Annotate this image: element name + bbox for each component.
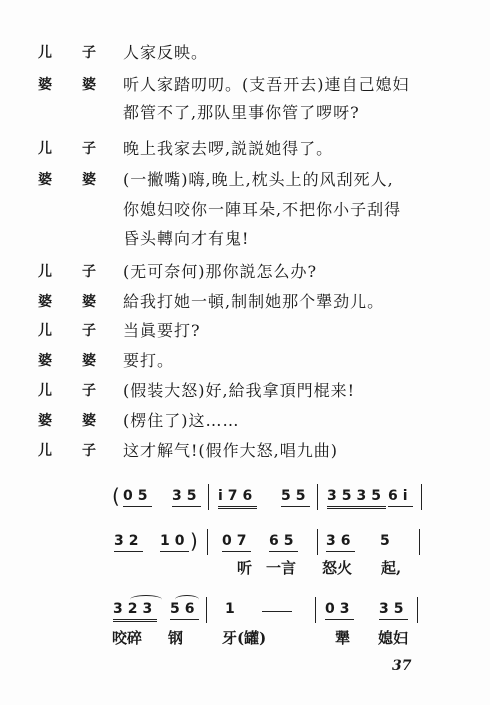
lyric: 牙(罐) bbox=[222, 627, 266, 648]
lyric: 一言 bbox=[266, 557, 296, 578]
speaker-char: 婆 bbox=[38, 348, 52, 374]
speaker-char: 儿 bbox=[38, 40, 52, 66]
note-group: 03 bbox=[325, 601, 354, 620]
speaker-char: 婆 bbox=[38, 289, 52, 315]
note-group: 1 bbox=[225, 601, 240, 617]
bar-line bbox=[417, 597, 418, 623]
bar-line bbox=[207, 529, 208, 555]
speaker-char: 子 bbox=[82, 40, 96, 66]
speaker-char: 儿 bbox=[38, 318, 52, 344]
lyric: 听 bbox=[237, 557, 252, 578]
speaker-char: 婆 bbox=[38, 408, 52, 434]
note-group: 05 bbox=[123, 488, 152, 507]
speaker-char: 婆 bbox=[82, 348, 96, 374]
notation-row: ( 05 35 i76 55 3535 6i bbox=[0, 484, 490, 520]
lyric: 咬碎 bbox=[112, 627, 142, 648]
lyric: 钢 bbox=[168, 627, 183, 648]
note-group: 10 bbox=[160, 533, 189, 552]
note-group: 07 bbox=[222, 533, 251, 552]
notation-row: 32 10 ) 07 65 36 5 听 一言 怒火 起, bbox=[0, 529, 490, 565]
note-group: 3535 bbox=[327, 488, 386, 509]
note-group: i76 bbox=[218, 488, 257, 509]
bar-line bbox=[419, 529, 420, 555]
speaker-char: 子 bbox=[82, 136, 96, 162]
dialogue-text: 晚上我家去啰,説説她得了。 bbox=[123, 136, 333, 162]
note-group: 55 bbox=[281, 488, 310, 507]
dialogue-text: 听人家踏叨叨。(支吾开去)連自己媳妇 bbox=[123, 72, 410, 98]
note-group: 323 bbox=[113, 601, 157, 622]
dialogue-text: (无可奈何)那你説怎么办? bbox=[123, 259, 317, 285]
close-paren: ) bbox=[190, 529, 198, 553]
dialogue-text: (一撇嘴)嗨,晚上,枕头上的风刮死人, bbox=[123, 167, 394, 193]
speaker-char: 婆 bbox=[82, 289, 96, 315]
speaker-char: 儿 bbox=[38, 438, 52, 464]
page-number: 37 bbox=[392, 658, 411, 674]
speaker-char: 婆 bbox=[38, 72, 52, 98]
note-group: 65 bbox=[269, 533, 298, 552]
speaker-char: 婆 bbox=[82, 408, 96, 434]
speaker-char: 儿 bbox=[38, 378, 52, 404]
lyric: 怒火 bbox=[322, 557, 352, 578]
bar-line bbox=[208, 484, 209, 510]
note-group: 35 bbox=[172, 488, 201, 507]
speaker-char: 婆 bbox=[82, 167, 96, 193]
bar-line bbox=[206, 597, 207, 623]
bar-line bbox=[315, 597, 316, 623]
dialogue-text: (楞住了)这…… bbox=[123, 408, 240, 434]
speaker-char: 子 bbox=[82, 378, 96, 404]
note-group: 5 bbox=[380, 533, 395, 549]
open-paren: ( bbox=[112, 484, 120, 508]
note-group: 35 bbox=[379, 601, 408, 620]
note-group: 36 bbox=[326, 533, 355, 552]
note-group: 6i bbox=[388, 488, 413, 507]
dialogue-text: (假装大怒)好,給我拿頂門棍来! bbox=[123, 378, 355, 404]
speaker-char: 儿 bbox=[38, 136, 52, 162]
speaker-char: 婆 bbox=[38, 167, 52, 193]
dialogue-text: 这才解气!(假作大怒,唱九曲) bbox=[123, 438, 338, 464]
speaker-char: 婆 bbox=[82, 72, 96, 98]
lyric: 犟 bbox=[335, 627, 350, 648]
lyric: 媳妇 bbox=[378, 627, 408, 648]
speaker-char: 子 bbox=[82, 259, 96, 285]
note-group: 56 bbox=[170, 601, 199, 620]
speaker-char: 子 bbox=[82, 438, 96, 464]
bar-line bbox=[421, 484, 422, 510]
dialogue-text: 当眞要打? bbox=[123, 318, 201, 344]
dialogue-text: 人家反映。 bbox=[123, 40, 208, 66]
speaker-char: 子 bbox=[82, 318, 96, 344]
bar-line bbox=[317, 484, 318, 510]
dialogue-text: 你媳妇咬你一陣耳朵,不把你小子刮得 bbox=[123, 197, 401, 223]
dialogue-text: 要打。 bbox=[123, 348, 174, 374]
lyric: 起, bbox=[381, 557, 401, 578]
bar-line bbox=[317, 529, 318, 555]
book-page: 儿 子 人家反映。 婆 婆 听人家踏叨叨。(支吾开去)連自己媳妇 都管不了,那队… bbox=[0, 0, 490, 705]
speaker-char: 儿 bbox=[38, 259, 52, 285]
dialogue-text: 昏头轉向才有鬼! bbox=[123, 226, 249, 252]
notation-row: 323 56 1 03 35 咬碎 钢 牙(罐) 犟 媳妇 bbox=[0, 597, 490, 633]
dialogue-text: 都管不了,那队里事你管了啰呀? bbox=[123, 100, 360, 126]
dialogue-text: 給我打她一頓,制制她那个犟劲儿。 bbox=[123, 289, 384, 315]
sustain-dash bbox=[262, 611, 292, 612]
note-group: 32 bbox=[114, 533, 143, 552]
